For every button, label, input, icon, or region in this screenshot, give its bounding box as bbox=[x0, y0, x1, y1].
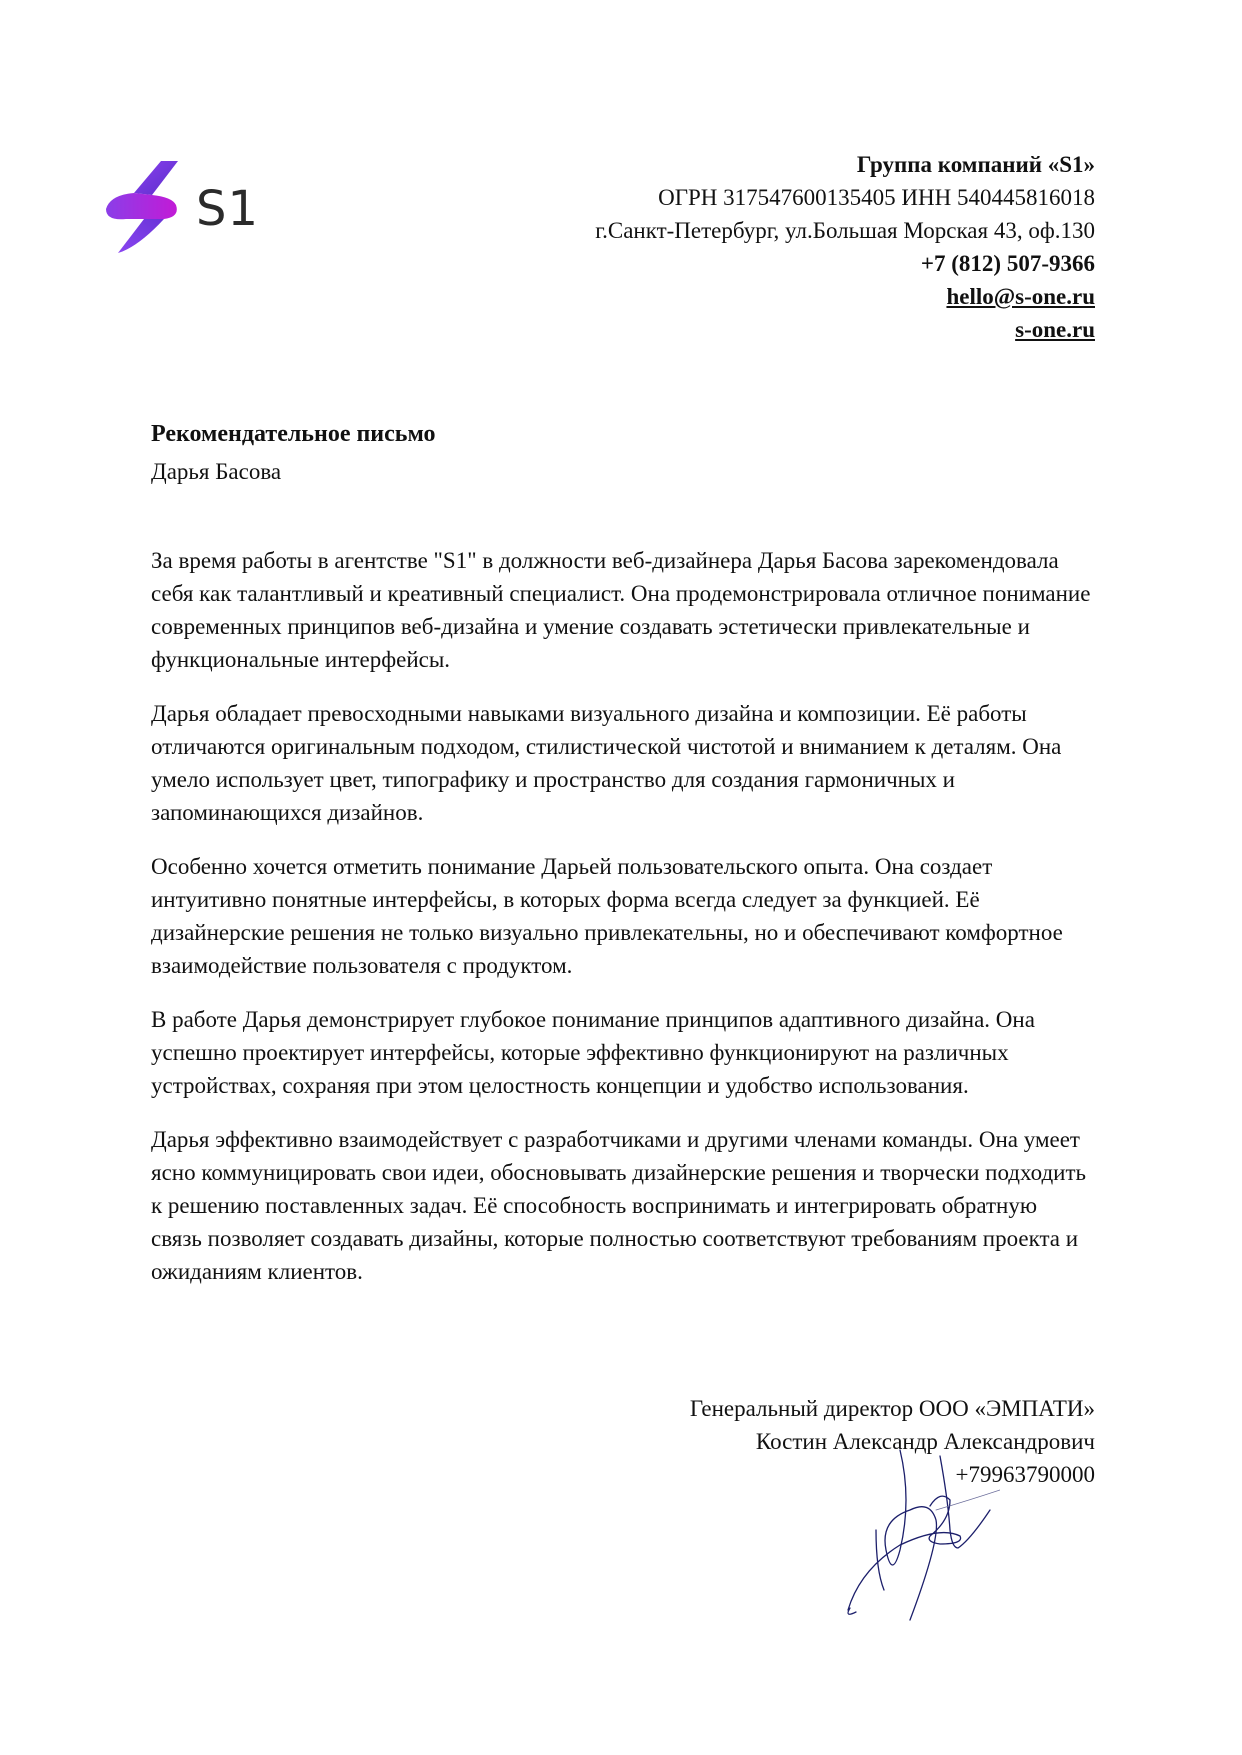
company-logo: S1 bbox=[104, 157, 264, 257]
letter-subject: Дарья Басова bbox=[151, 454, 436, 490]
company-phone: +7 (812) 507-9366 bbox=[595, 247, 1095, 280]
handwritten-signature-icon bbox=[840, 1440, 1000, 1640]
letter-paragraph: Дарья обладает превосходными навыками ви… bbox=[151, 697, 1091, 829]
company-name: Группа компаний «S1» bbox=[595, 148, 1095, 181]
letter-paragraph: Особенно хочется отметить понимание Дарь… bbox=[151, 850, 1091, 982]
company-email-link[interactable]: hello@s-one.ru bbox=[946, 284, 1095, 309]
letter-heading: Рекомендательное письмо Дарья Басова bbox=[151, 416, 436, 490]
letter-body: За время работы в агентстве "S1" в должн… bbox=[151, 544, 1091, 1309]
letter-paragraph: За время работы в агентстве "S1" в должн… bbox=[151, 544, 1091, 676]
logo-text: S1 bbox=[196, 185, 259, 233]
company-address: г.Санкт-Петербург, ул.Большая Морская 43… bbox=[595, 214, 1095, 247]
s1-lightning-logo-icon bbox=[104, 157, 184, 257]
company-website-link[interactable]: s-one.ru bbox=[1015, 317, 1095, 342]
letter-paragraph: В работе Дарья демонстрирует глубокое по… bbox=[151, 1003, 1091, 1102]
company-registration: ОГРН 317547600135405 ИНН 540445816018 bbox=[595, 181, 1095, 214]
company-header: Группа компаний «S1» ОГРН 31754760013540… bbox=[595, 148, 1095, 346]
letter-paragraph: Дарья эффективно взаимодействует с разра… bbox=[151, 1123, 1091, 1288]
letter-title: Рекомендательное письмо bbox=[151, 416, 436, 452]
signatory-position: Генеральный директор ООО «ЭМПАТИ» bbox=[690, 1392, 1095, 1425]
